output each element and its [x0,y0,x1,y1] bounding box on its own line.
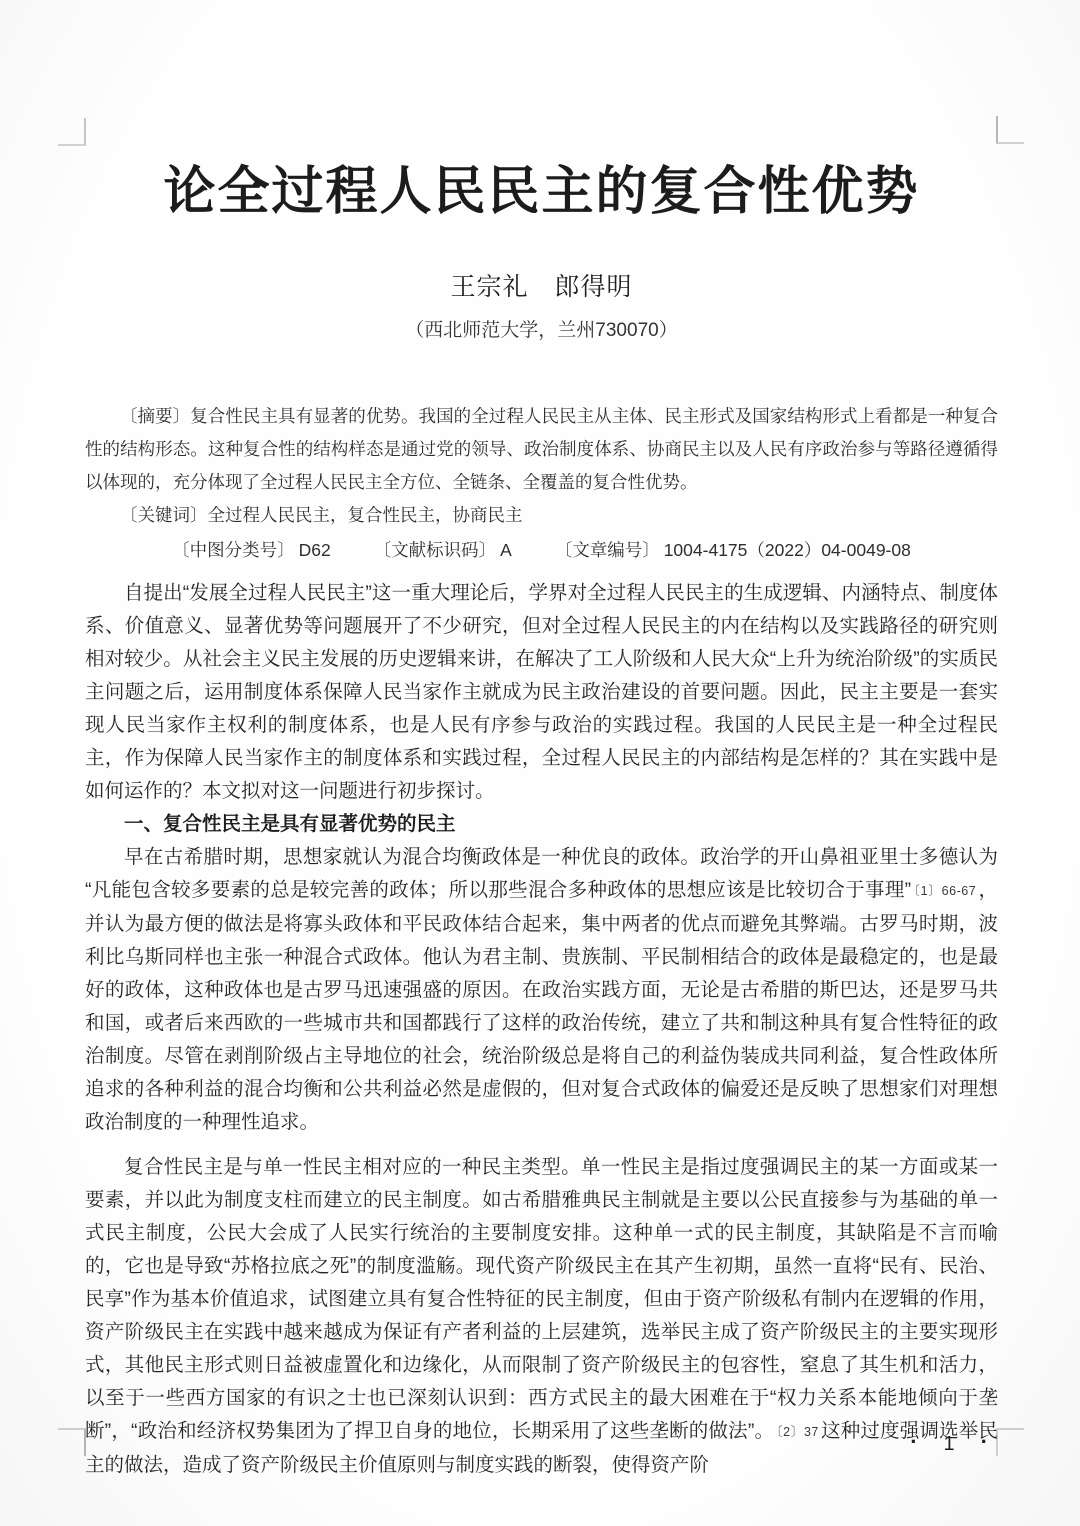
meta-article-id: 〔文章编号〕1004-4175（2022）04-0049-08 [555,534,911,567]
meta-doc-code-label: 〔文献标识码〕 [374,540,497,560]
section-heading: 一、复合性民主是具有显著优势的民主 [85,808,998,841]
keywords-line: 〔关键词〕全过程人民民主，复合性民主，协商民主 [85,499,998,532]
keywords-label: 〔关键词〕 [120,505,208,525]
meta-clc: 〔中图分类号〕D62 [172,534,331,567]
article-title: 论全过程人民民主的复合性优势 [85,160,998,225]
meta-clc-value: D62 [299,540,331,560]
text-segment: ，并认为最方便的做法是将寡头政体和平民政体结合起来，集中两者的优点而避免其弊端。… [85,879,998,1133]
abstract-paragraph: 〔摘要〕复合性民主具有显著的优势。我国的全过程人民民主从主体、民主形式及国家结构… [85,400,998,499]
article-authors: 王宗礼 郎得明 [85,267,998,303]
page-number-right-dot: · [981,1429,988,1455]
abstract-block: 〔摘要〕复合性民主具有显著的优势。我国的全过程人民民主从主体、民主形式及国家结构… [85,400,998,499]
body-paragraph: 自提出“发展全过程人民民主”这一重大理论后，学界对全过程人民民主的生成逻辑、内涵… [85,577,998,808]
meta-doc-code: 〔文献标识码〕A [374,534,512,567]
abstract-label: 〔摘要〕 [120,406,190,426]
page-number-value: 1 [944,1433,955,1456]
corner-mark-top-right [996,116,1024,144]
page-content: 论全过程人民民主的复合性优势 王宗礼 郎得明 （西北师范大学，兰州730070）… [85,0,998,1482]
text-segment: 复合性民主是与单一性民主相对应的一种民主类型。单一性民主是指过度强调民主的某一方… [85,1156,998,1442]
corner-mark-bottom-left [58,1428,86,1456]
page-number: ·1· [910,1430,988,1456]
corner-mark-bottom-right [996,1428,1024,1456]
keywords-text: 全过程人民民主，复合性民主，协商民主 [208,505,523,525]
citation-marker: 〔1〕66-67 [911,884,978,898]
corner-mark-top-left [58,118,86,146]
page-number-left-dot: · [910,1429,917,1455]
text-segment: 一、复合性民主是具有显著优势的民主 [124,813,456,835]
meta-article-id-value: 1004-4175（2022）04-0049-08 [664,540,911,560]
body-paragraph: 早在古希腊时期，思想家就认为混合均衡政体是一种优良的政体。政治学的开山鼻祖亚里士… [85,841,998,1139]
meta-line: 〔中图分类号〕D62 〔文献标识码〕A 〔文章编号〕1004-4175（2022… [85,534,998,567]
paper-page: 论全过程人民民主的复合性优势 王宗礼 郎得明 （西北师范大学，兰州730070）… [0,0,1080,1526]
text-segment: 自提出“发展全过程人民民主”这一重大理论后，学界对全过程人民民主的生成逻辑、内涵… [85,582,998,802]
article-body: 自提出“发展全过程人民民主”这一重大理论后，学界对全过程人民民主的生成逻辑、内涵… [85,577,998,1482]
meta-article-id-label: 〔文章编号〕 [555,540,660,560]
meta-doc-code-value: A [500,540,512,560]
text-segment: 早在古希腊时期，思想家就认为混合均衡政体是一种优良的政体。政治学的开山鼻祖亚里士… [85,846,998,901]
article-affiliation: （西北师范大学，兰州730070） [85,315,998,342]
body-paragraph: 复合性民主是与单一性民主相对应的一种民主类型。单一性民主是指过度强调民主的某一方… [85,1151,998,1482]
citation-marker: 〔2〕37 [774,1425,821,1439]
abstract-text: 复合性民主具有显著的优势。我国的全过程人民民主从主体、民主形式及国家结构形式上看… [85,406,998,492]
meta-clc-label: 〔中图分类号〕 [172,540,295,560]
